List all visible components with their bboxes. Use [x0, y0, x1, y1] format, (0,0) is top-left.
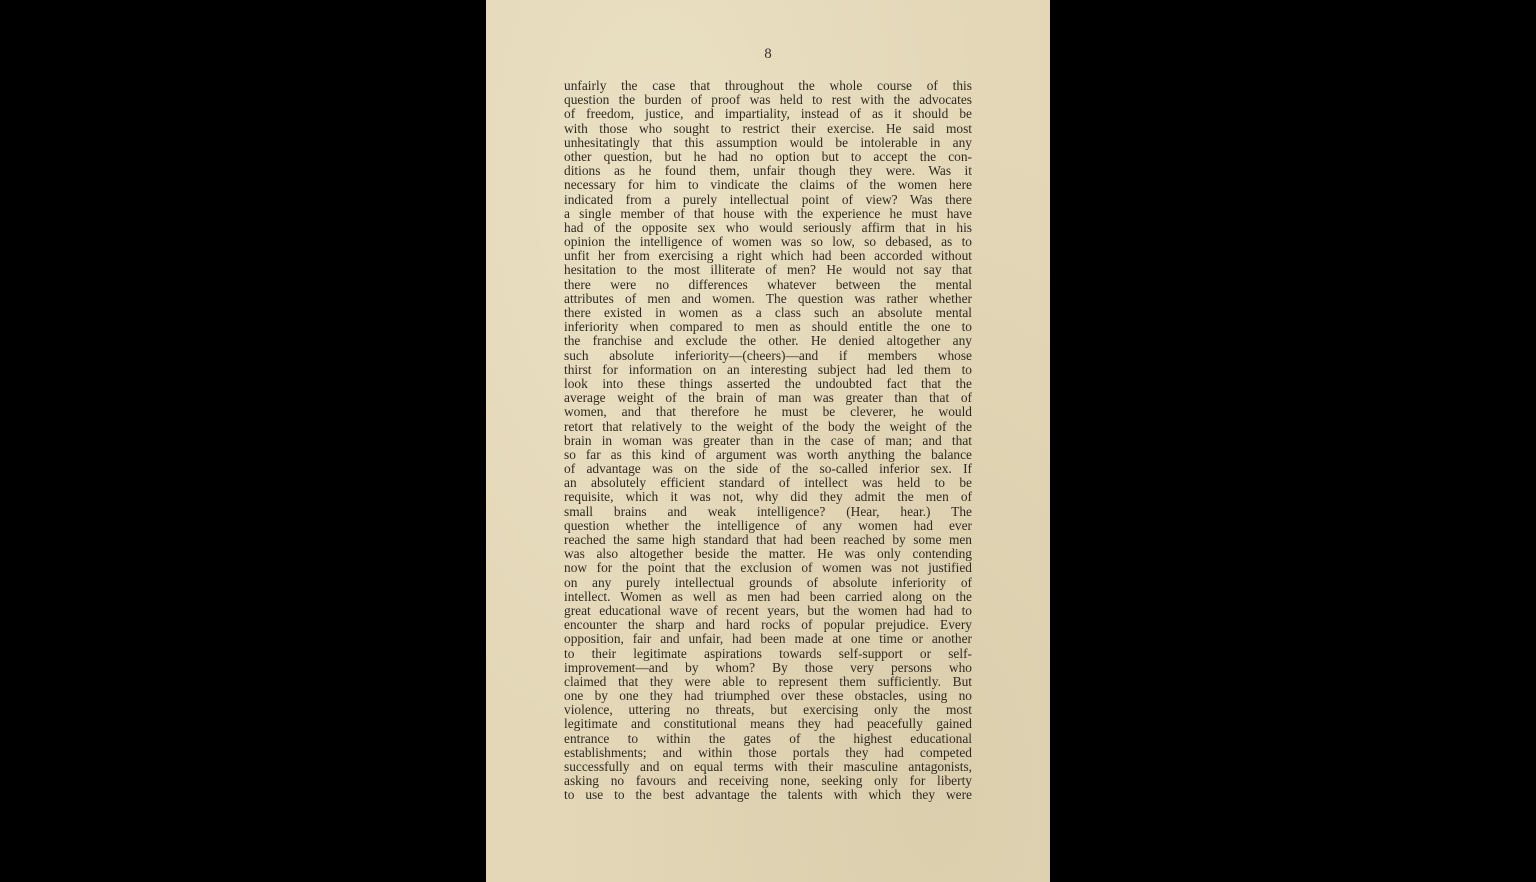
text-line: question the burden of proof was held to…: [564, 93, 972, 107]
text-line: there existed in women as a class such a…: [564, 306, 972, 320]
text-line: unhesitatingly that this assumption woul…: [564, 136, 972, 150]
text-line: retort that relatively to the weight of …: [564, 420, 972, 434]
text-line: encounter the sharp and hard rocks of po…: [564, 618, 972, 632]
text-line: of advantage was on the side of the so-c…: [564, 462, 972, 476]
text-line: great educational wave of recent years, …: [564, 604, 972, 618]
text-line: average weight of the brain of man was g…: [564, 391, 972, 405]
text-line: so far as this kind of argument was wort…: [564, 448, 972, 462]
text-line: opposition, fair and unfair, had been ma…: [564, 632, 972, 646]
text-line: brain in woman was greater than in the c…: [564, 434, 972, 448]
text-line: there were no differences whatever betwe…: [564, 278, 972, 292]
text-line: unfit her from exercising a right which …: [564, 249, 972, 263]
text-line: a single member of that house with the e…: [564, 207, 972, 221]
text-line: unfairly the case that throughout the wh…: [564, 79, 972, 93]
text-line: question whether the intelligence of any…: [564, 519, 972, 533]
text-line: now for the point that the exclusion of …: [564, 561, 972, 575]
text-line: opinion the intelligence of women was so…: [564, 235, 972, 249]
text-line: improvement—and by whom? By those very p…: [564, 661, 972, 675]
text-line: women, and that therefore he must be cle…: [564, 405, 972, 419]
text-line: had of the opposite sex who would seriou…: [564, 221, 972, 235]
text-line: reached the same high standard that had …: [564, 533, 972, 547]
text-line: hesitation to the most illiterate of men…: [564, 263, 972, 277]
text-line: an absolutely efficient standard of inte…: [564, 476, 972, 490]
page-number: 8: [486, 46, 1050, 63]
text-line: on any purely intellectual grounds of ab…: [564, 576, 972, 590]
text-line: such absolute inferiority—(cheers)—and i…: [564, 349, 972, 363]
text-line: look into these things asserted the undo…: [564, 377, 972, 391]
text-line: entrance to within the gates of the high…: [564, 732, 972, 746]
text-line: of freedom, justice, and impartiality, i…: [564, 107, 972, 121]
text-line: legitimate and constitutional means they…: [564, 717, 972, 731]
document-viewer: 8 unfairly the case that throughout the …: [0, 0, 1536, 882]
text-line: necessary for him to vindicate the claim…: [564, 178, 972, 192]
text-line: claimed that they were able to represent…: [564, 675, 972, 689]
text-line: attributes of men and women. The questio…: [564, 292, 972, 306]
text-line: thirst for information on an interesting…: [564, 363, 972, 377]
text-line: other question, but he had no option but…: [564, 150, 972, 164]
text-line: small brains and weak intelligence? (Hea…: [564, 505, 972, 519]
text-line: ditions as he found them, unfair though …: [564, 164, 972, 178]
text-line: with those who sought to restrict their …: [564, 122, 972, 136]
text-line: successfully and on equal terms with the…: [564, 760, 972, 774]
text-line: establishments; and within those portals…: [564, 746, 972, 760]
text-line: the franchise and exclude the other. He …: [564, 334, 972, 348]
text-line: requisite, which it was not, why did the…: [564, 490, 972, 504]
text-line: intellect. Women as well as men had been…: [564, 590, 972, 604]
text-line: was also altogether beside the matter. H…: [564, 547, 972, 561]
body-text: unfairly the case that throughout the wh…: [564, 79, 972, 803]
text-line: asking no favours and receiving none, se…: [564, 774, 972, 788]
text-line: violence, uttering no threats, but exerc…: [564, 703, 972, 717]
text-line: one by one they had triumphed over these…: [564, 689, 972, 703]
text-line: to use to the best advantage the talents…: [564, 788, 972, 802]
text-line: indicated from a purely intellectual poi…: [564, 193, 972, 207]
text-line: inferiority when compared to men as shou…: [564, 320, 972, 334]
text-line: to their legitimate aspirations towards …: [564, 647, 972, 661]
scanned-page: 8 unfairly the case that throughout the …: [486, 0, 1050, 882]
